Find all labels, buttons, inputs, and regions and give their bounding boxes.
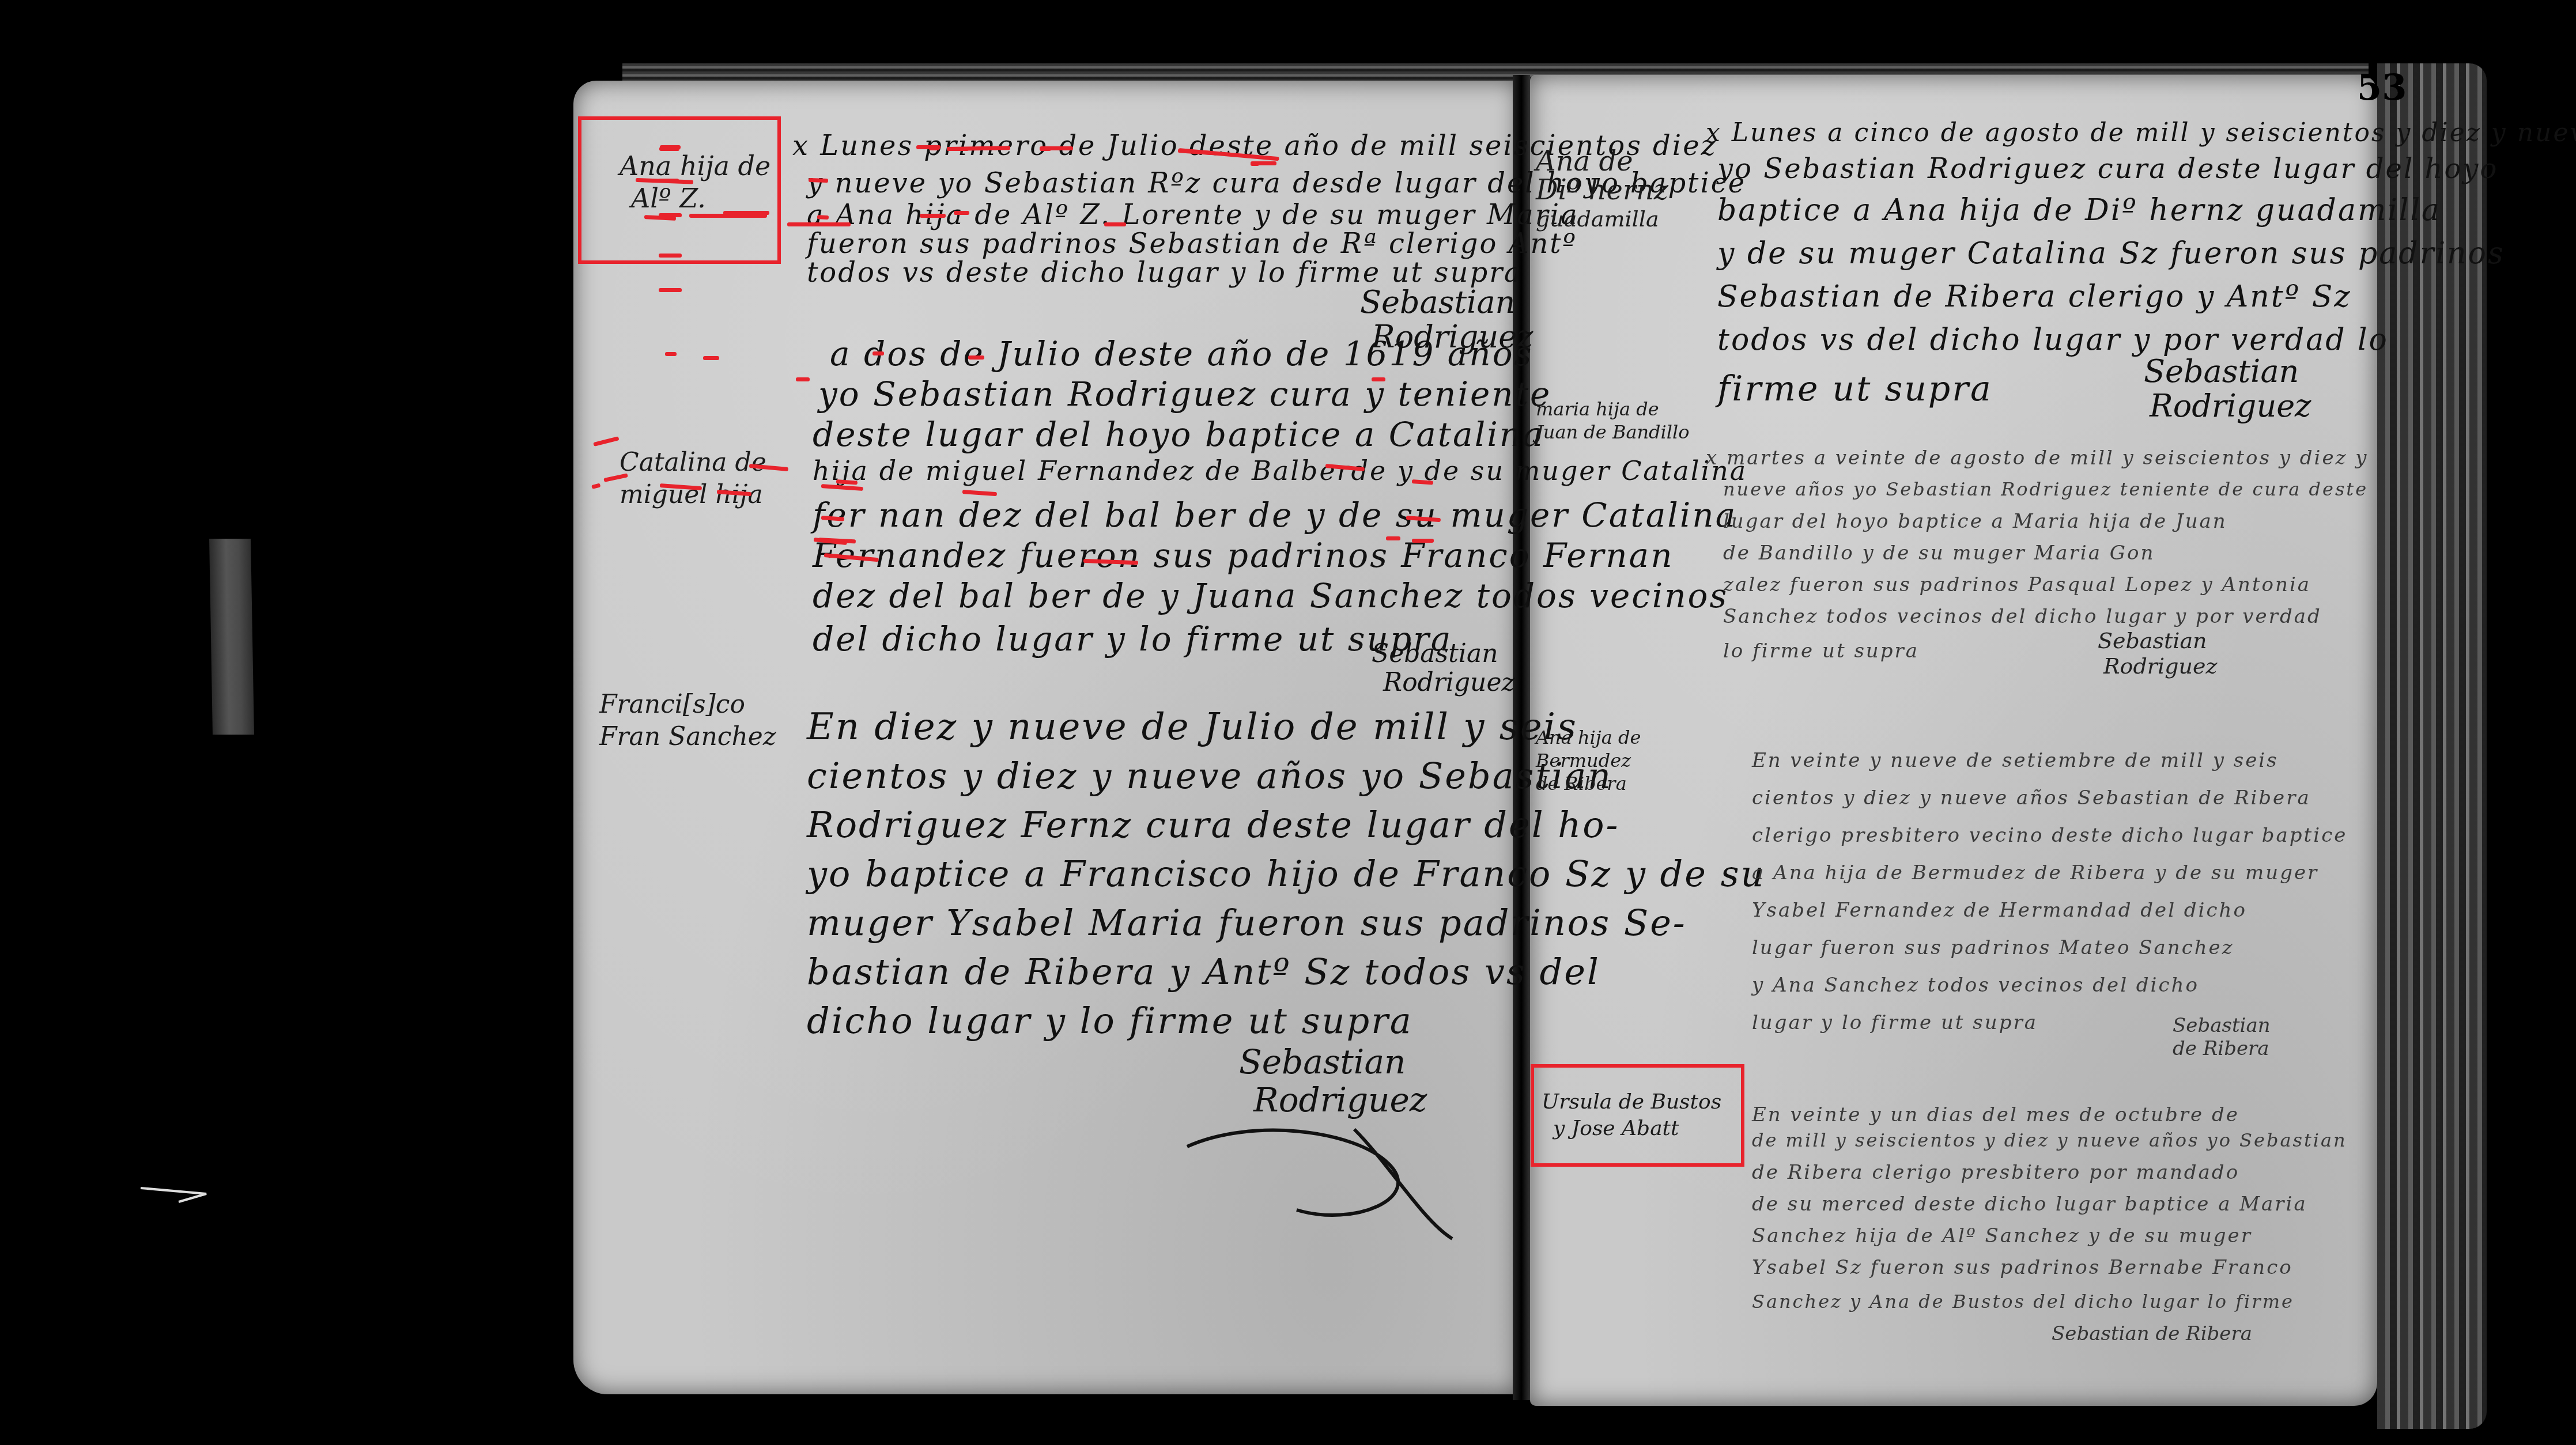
entry-line: bastian de Ribera y Antº Sz todos vs del [807, 951, 1600, 993]
signature: Sebastian Rodriguez [1372, 640, 1515, 697]
annotation-underline [1104, 222, 1126, 226]
annotation-underline [1251, 161, 1276, 165]
annotation-underline [954, 211, 969, 215]
entry-line: x martes a veinte de agosto de mill y se… [1706, 447, 2368, 470]
signature-line: Rodriguez [1383, 668, 1515, 697]
margin-note-line: Bermudez [1536, 749, 1641, 772]
scan-corner-mark [138, 1187, 213, 1204]
annotation-underline [796, 377, 810, 381]
signature-line: Sebastian [2144, 354, 2311, 389]
signature-line: Sebastian [1360, 285, 1533, 320]
entry-line: lo firme ut supra [1723, 640, 1919, 663]
entry-line: de mill y seiscientos y diez y nueve año… [1752, 1129, 2347, 1151]
signature-flourish [1181, 1095, 1504, 1244]
margin-note-line: guadamilla [1536, 205, 1668, 233]
annotation-underline [660, 145, 681, 149]
annotation-underline [817, 215, 829, 220]
annotation-underline [703, 356, 719, 360]
entry-line: del dicho lugar y lo firme ut supra [813, 619, 1452, 659]
annotation-underline [968, 355, 984, 360]
signature-line: Sebastian [2173, 1014, 2271, 1037]
entry-line: Fernandez fueron sus padrinos Franco Fer… [813, 536, 1674, 575]
signature: Sebastian Rodriguez [2098, 628, 2217, 679]
entry-line: firme ut supra [1717, 369, 1993, 409]
entry-line: Ysabel Fernandez de Hermandad del dicho [1752, 899, 2247, 922]
entry-line: lugar y lo firme ut supra [1752, 1011, 2038, 1034]
margin-note-line: Ana hija de [1536, 726, 1641, 749]
signature: Sebastian de Ribera [2173, 1014, 2271, 1060]
entry-line: clerigo presbitero vecino deste dicho lu… [1752, 824, 2347, 847]
entry-line: hija de miguel Fernandez de Balberde y d… [813, 455, 1747, 486]
entry-line: nueve años yo Sebastian Rodriguez tenien… [1723, 478, 2368, 500]
annotation-underline [723, 211, 769, 215]
annotation-underline [1040, 146, 1073, 150]
margin-note-line: Diº hernz [1536, 176, 1668, 205]
entry-line: deste lugar del hoyo baptice a Catalina [813, 415, 1544, 454]
margin-note-line: de Ribera [1536, 772, 1641, 795]
margin-note-ana-guadamilla: Ana de Diº hernz guadamilla [1536, 147, 1668, 233]
entry-line: Sanchez y Ana de Bustos del dicho lugar … [1752, 1291, 2294, 1312]
entry-line: lugar del hoyo baptice a Maria hija de J… [1723, 510, 2227, 533]
entry-line: zalez fueron sus padrinos Pasqual Lopez … [1723, 573, 2311, 596]
annotation-box-margin-note-ana [578, 116, 781, 264]
entry-line: cientos y diez y nueve años Sebastian de… [1752, 786, 2311, 809]
signature-line: de Ribera [2173, 1037, 2271, 1060]
signature-line: Rodriguez [2150, 389, 2311, 423]
signature-line: Sebastian [2098, 628, 2217, 653]
entry-line: baptice a Ana hija de Diº hernz guadamil… [1717, 193, 2441, 228]
annotation-underline [665, 352, 677, 356]
margin-note-line: Ana de [1536, 147, 1668, 176]
signature-line: Sebastian [2052, 1322, 2150, 1345]
entry-line: En veinte y nueve de setiembre de mill y… [1752, 749, 2279, 772]
annotation-box-margin-note-ursula [1531, 1064, 1744, 1167]
annotation-underline [659, 254, 682, 258]
entry-line: fer nan dez del bal ber de y de su muger… [813, 495, 1737, 535]
entry-line: yo Sebastian Rodriguez cura deste lugar … [1717, 153, 2498, 185]
margin-note-line: Franci[s]co [599, 689, 776, 721]
entry-line: y de su muger Catalina Sz fueron sus pad… [1717, 236, 2505, 271]
entry-line: En diez y nueve de Julio de mill y seis [807, 706, 1578, 748]
signature-line: Rodriguez [2103, 653, 2217, 679]
entry-line: dicho lugar y lo firme ut supra [807, 1000, 1413, 1042]
margin-note-line: Catalina de [620, 447, 766, 479]
entry-line: dez del bal ber de y Juana Sanchez todos… [813, 576, 1728, 615]
margin-note-line: Fran Sanchez [599, 721, 776, 753]
entry-line: de Bandillo y de su muger Maria Gon [1723, 542, 2155, 565]
signature-line: Sebastian [1372, 640, 1515, 668]
entry-line: Ysabel Sz fueron sus padrinos Bernabe Fr… [1752, 1256, 2293, 1279]
margin-note-francisco: Franci[s]co Fran Sanchez [599, 689, 776, 753]
entry-line: de su merced deste dicho lugar baptice a… [1752, 1193, 2307, 1216]
entry-line: yo Sebastian Rodriguez cura y teniente [818, 375, 1551, 414]
margin-note-maria: maria hija de Juan de Bandillo [1536, 398, 1690, 444]
entry-line: muger Ysabel Maria fueron sus padrinos S… [807, 902, 1687, 944]
annotation-underline [787, 222, 851, 226]
margin-note-catalina: Catalina de miguel hija [620, 447, 766, 511]
annotation-underline [1372, 377, 1385, 381]
signature: Sebastian de Ribera [2052, 1322, 2252, 1345]
margin-note-ana-bermudez: Ana hija de Bermudez de Ribera [1536, 726, 1641, 795]
entry-line: Sebastian de Ribera clerigo y Antº Sz [1717, 279, 2352, 314]
margin-note-line: Juan de Bandillo [1536, 421, 1690, 444]
signature: Sebastian Rodriguez [2144, 354, 2311, 423]
entry-line: Rodriguez Fernz cura deste lugar del ho- [807, 804, 1619, 846]
entry-line: En veinte y un dias del mes de octubre d… [1752, 1103, 2239, 1126]
entry-line: de Ribera clerigo presbitero por mandado [1752, 1161, 2239, 1184]
entry-line: y Ana Sanchez todos vecinos del dicho [1752, 974, 2199, 997]
entry-line: a Ana hija de Bermudez de Ribera y de su… [1752, 861, 2318, 884]
annotation-underline [929, 146, 939, 150]
annotation-underline [1386, 536, 1400, 540]
annotation-underline [1412, 539, 1434, 543]
entry-line: a dos de Julio deste año de 1619 años [830, 334, 1533, 373]
signature-line: de Ribera [2155, 1322, 2252, 1345]
annotation-underline [920, 214, 946, 218]
entry-line: Sanchez hija de Alº Sanchez y de su muge… [1752, 1224, 2252, 1247]
entry-line: todos vs del dicho lugar y por verdad lo [1717, 323, 2389, 357]
margin-note-line: maria hija de [1536, 398, 1690, 421]
entry-line: lugar fueron sus padrinos Mateo Sanchez [1752, 936, 2234, 959]
entry-line: yo baptice a Francisco hijo de Franco Sz… [807, 853, 1765, 895]
entry-line: Sanchez todos vecinos del dicho lugar y … [1723, 605, 2322, 628]
signature-line: Sebastian [1239, 1043, 1427, 1081]
annotation-underline [809, 178, 828, 183]
page-number: 53 [2357, 66, 2407, 108]
annotation-underline [872, 351, 884, 355]
annotation-underline [659, 288, 682, 292]
entry-line: fueron sus padrinos Sebastian de Rª cler… [807, 228, 1577, 260]
entry-line: cientos y diez y nueve años yo Sebastian [807, 755, 1612, 797]
scan-artifact-strip [209, 539, 254, 735]
entry-line: x Lunes a cinco de agosto de mill y seis… [1706, 118, 2576, 147]
